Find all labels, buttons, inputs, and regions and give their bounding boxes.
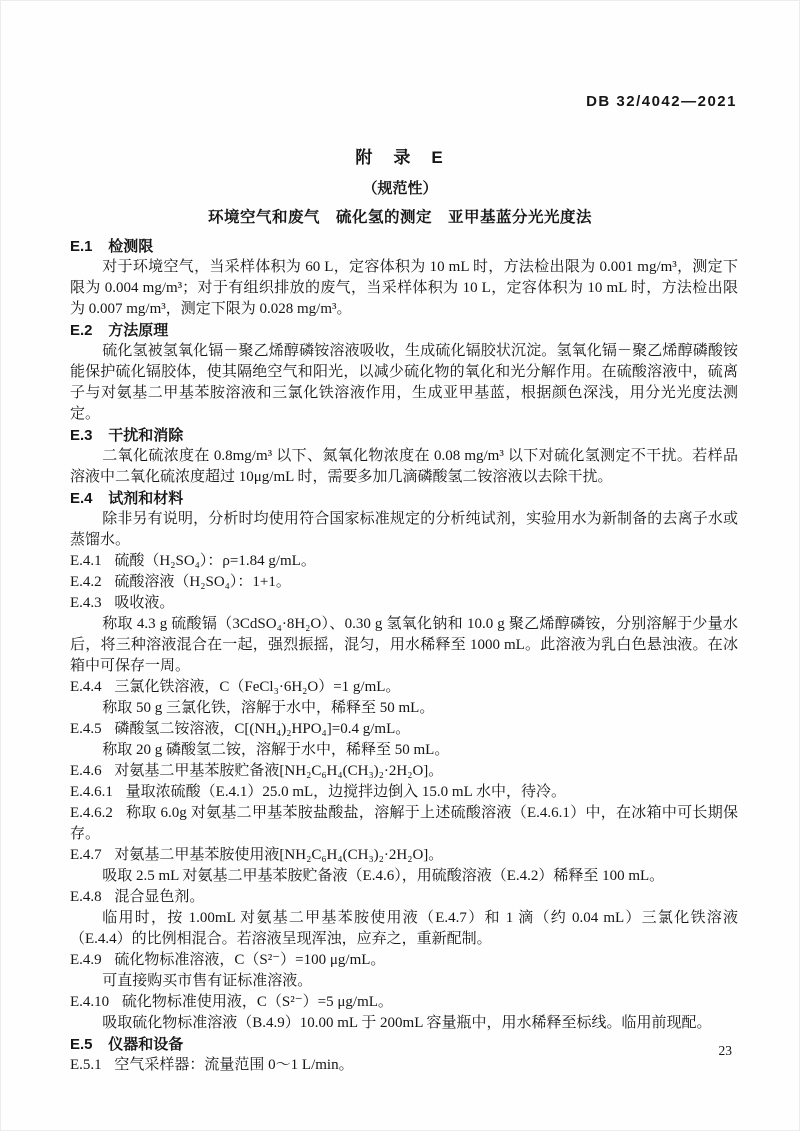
section-number: E.5 <box>70 1036 93 1053</box>
section-number: E.3 <box>70 427 93 444</box>
clause-number: E.4.2 <box>70 574 102 590</box>
document-body: E.1检测限 对于环境空气，当采样体积为 60 L，定容体积为 10 mL 时，… <box>70 236 738 1076</box>
section-number: E.1 <box>70 238 93 255</box>
clause-text: 量取浓硫酸（E.4.1）25.0 mL，边搅拌边倒入 15.0 mL 水中，待冷… <box>126 784 566 800</box>
clause-e4-2: E.4.2硫酸溶液（H₂SO₄）：1+1。 <box>70 572 738 593</box>
clause-text: 硫化物标准使用液，C（S²⁻）=5 μg/mL。 <box>122 994 393 1010</box>
section-title: 干扰和消除 <box>108 427 183 444</box>
clause-text: 对氨基二甲基苯胺使用液[NH₂C₆H₄(CH₃)₂·2H₂O]。 <box>114 847 443 863</box>
clause-e5-1: E.5.1空气采样器：流量范围 0～1 L/min。 <box>70 1055 738 1076</box>
section-number: E.4 <box>70 490 93 507</box>
clause-e4-10: E.4.10硫化物标准使用液，C（S²⁻）=5 μg/mL。 <box>70 992 738 1013</box>
clause-text: 硫酸（H₂SO₄）：ρ=1.84 g/mL。 <box>114 553 315 569</box>
section-title: 试剂和材料 <box>108 490 183 507</box>
paragraph: 称取 50 g 三氯化铁，溶解于水中，稀释至 50 mL。 <box>70 698 738 719</box>
clause-text: 空气采样器：流量范围 0～1 L/min。 <box>114 1057 353 1073</box>
paragraph: 吸取 2.5 mL 对氨基二甲基苯胺贮备液（E.4.6），用硫酸溶液（E.4.2… <box>70 866 738 887</box>
paragraph: 可直接购买市售有证标准溶液。 <box>70 971 738 992</box>
paragraph: 称取 4.3 g 硫酸镉（3CdSO₄·8H₂O）、0.30 g 氢氧化钠和 1… <box>70 614 738 677</box>
clause-e4-1: E.4.1硫酸（H₂SO₄）：ρ=1.84 g/mL。 <box>70 551 738 572</box>
clause-e4-6-1: E.4.6.1量取浓硫酸（E.4.1）25.0 mL，边搅拌边倒入 15.0 m… <box>70 782 738 803</box>
clause-number: E.4.9 <box>70 952 102 968</box>
paragraph: 二氧化硫浓度在 0.8mg/m³ 以下、氮氧化物浓度在 0.08 mg/m³ 以… <box>70 446 738 488</box>
section-heading-e2: E.2方法原理 <box>70 320 738 341</box>
clause-number: E.4.3 <box>70 595 102 611</box>
clause-text: 硫化物标准溶液，C（S²⁻）=100 μg/mL。 <box>114 952 385 968</box>
clause-e4-5: E.4.5磷酸氢二铵溶液，C[(NH₄)₂HPO₄]=0.4 g/mL。 <box>70 719 738 740</box>
clause-text: 硫酸溶液（H₂SO₄）：1+1。 <box>114 574 290 590</box>
clause-number: E.4.7 <box>70 847 102 863</box>
clause-text: 吸收液。 <box>114 595 174 611</box>
clause-number: E.4.10 <box>70 994 109 1010</box>
clause-number: E.4.1 <box>70 553 102 569</box>
paragraph: 临用时，按 1.00mL 对氨基二甲基苯胺使用液（E.4.7）和 1 滴（约 0… <box>70 908 738 950</box>
section-heading-e3: E.3干扰和消除 <box>70 425 738 446</box>
section-number: E.2 <box>70 322 93 339</box>
clause-text: 三氯化铁溶液，C（FeCl₃·6H₂O）=1 g/mL。 <box>114 679 400 695</box>
appendix-title: 附 录 E <box>0 143 800 168</box>
clause-e4-9: E.4.9硫化物标准溶液，C（S²⁻）=100 μg/mL。 <box>70 950 738 971</box>
clause-e4-7: E.4.7对氨基二甲基苯胺使用液[NH₂C₆H₄(CH₃)₂·2H₂O]。 <box>70 845 738 866</box>
section-title: 检测限 <box>108 238 153 255</box>
section-title: 方法原理 <box>108 322 168 339</box>
section-heading-e4: E.4试剂和材料 <box>70 488 738 509</box>
section-heading-e1: E.1检测限 <box>70 236 738 257</box>
clause-number: E.4.5 <box>70 721 102 737</box>
paragraph: 称取 20 g 磷酸氢二铵，溶解于水中，稀释至 50 mL。 <box>70 740 738 761</box>
paragraph: 除非另有说明，分析时均使用符合国家标准规定的分析纯试剂，实验用水为新制备的去离子… <box>70 509 738 551</box>
clause-number: E.4.6.2 <box>70 805 113 821</box>
clause-text: 磷酸氢二铵溶液，C[(NH₄)₂HPO₄]=0.4 g/mL。 <box>114 721 410 737</box>
clause-number: E.4.8 <box>70 889 102 905</box>
paragraph: 吸取硫化物标准溶液（B.4.9）10.00 mL 于 200mL 容量瓶中，用水… <box>70 1013 738 1034</box>
method-title: 环境空气和废气 硫化氢的测定 亚甲基蓝分光光度法 <box>0 205 800 227</box>
section-heading-e5: E.5仪器和设备 <box>70 1034 738 1055</box>
clause-e4-3: E.4.3吸收液。 <box>70 593 738 614</box>
clause-e4-6-2: E.4.6.2称取 6.0g 对氨基二甲基苯胺盐酸盐，溶解于上述硫酸溶液（E.4… <box>70 803 738 845</box>
document-page: DB 32/4042—2021 附 录 E （规范性） 环境空气和废气 硫化氢的… <box>0 0 800 1131</box>
title-block: 附 录 E （规范性） 环境空气和废气 硫化氢的测定 亚甲基蓝分光光度法 <box>0 0 800 227</box>
clause-number: E.4.4 <box>70 679 102 695</box>
clause-e4-4: E.4.4三氯化铁溶液，C（FeCl₃·6H₂O）=1 g/mL。 <box>70 677 738 698</box>
standard-number: DB 32/4042—2021 <box>586 93 737 110</box>
normative-label: （规范性） <box>0 177 800 198</box>
clause-number: E.4.6 <box>70 763 102 779</box>
clause-text: 对氨基二甲基苯胺贮备液[NH₂C₆H₄(CH₃)₂·2H₂O]。 <box>114 763 443 779</box>
paragraph: 硫化氢被氢氧化镉－聚乙烯醇磷铵溶液吸收，生成硫化镉胶状沉淀。氢氧化镉－聚乙烯醇磷… <box>70 341 738 425</box>
paragraph: 对于环境空气，当采样体积为 60 L，定容体积为 10 mL 时，方法检出限为 … <box>70 257 738 320</box>
clause-text: 称取 6.0g 对氨基二甲基苯胺盐酸盐，溶解于上述硫酸溶液（E.4.6.1）中，… <box>70 805 738 842</box>
clause-number: E.4.6.1 <box>70 784 113 800</box>
section-title: 仪器和设备 <box>108 1036 183 1053</box>
clause-text: 混合显色剂。 <box>114 889 204 905</box>
clause-e4-8: E.4.8混合显色剂。 <box>70 887 738 908</box>
clause-e4-6: E.4.6对氨基二甲基苯胺贮备液[NH₂C₆H₄(CH₃)₂·2H₂O]。 <box>70 761 738 782</box>
clause-number: E.5.1 <box>70 1057 102 1073</box>
page-number: 23 <box>719 1043 733 1059</box>
